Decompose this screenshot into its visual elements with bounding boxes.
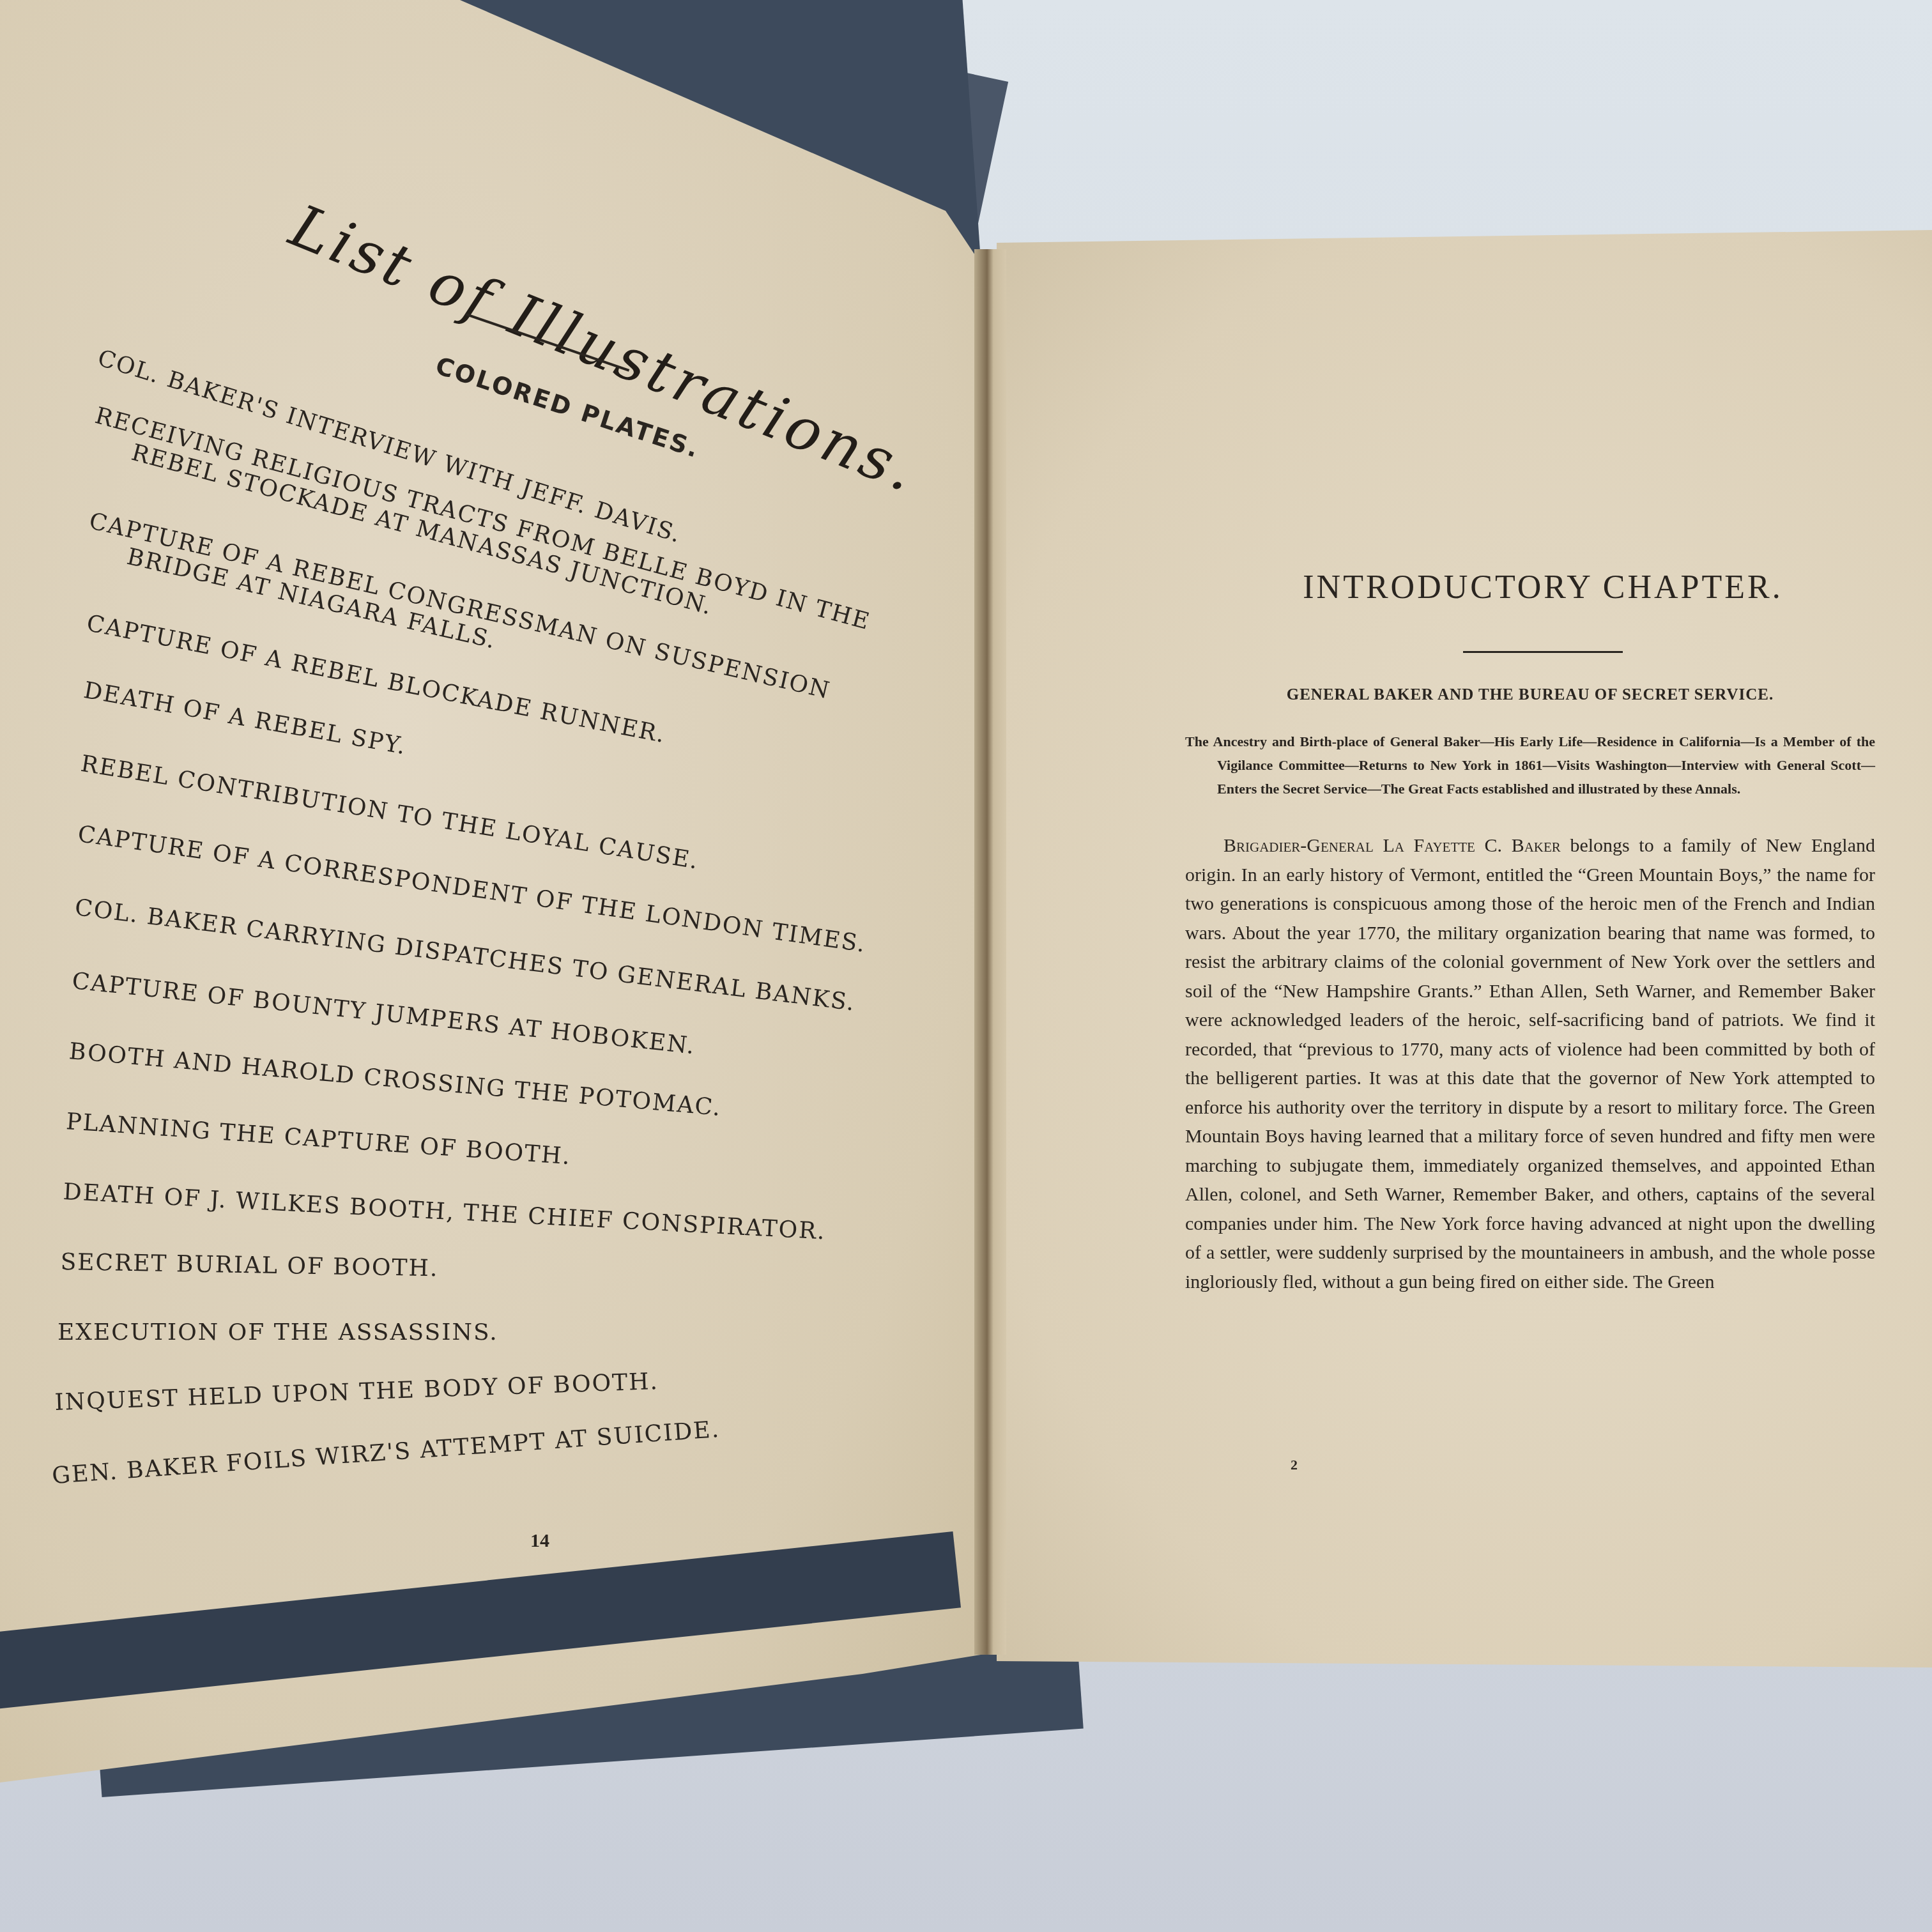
plate-item: DEATH OF J. WILKES BOOTH, THE CHIEF CONS… xyxy=(63,1179,827,1245)
plate-item: EXECUTION OF THE ASSASSINS. xyxy=(57,1319,498,1345)
chapter-synopsis: The Ancestry and Birth-place of General … xyxy=(1185,730,1875,801)
book-gutter-spine xyxy=(974,249,1006,1655)
plate-item: CAPTURE OF A CORRESPONDENT OF THE LONDON… xyxy=(76,821,868,958)
chapter-title: INTRODUCTORY CHAPTER. xyxy=(1211,569,1875,606)
chapter-body: Brigadier-General La Fayette C. Baker be… xyxy=(1185,831,1875,1296)
page-number-left: 14 xyxy=(530,1530,549,1552)
chapter-subtitle: GENERAL BAKER AND THE BUREAU OF SECRET S… xyxy=(1185,686,1875,704)
body-lead-in: Brigadier-General La Fayette C. Baker xyxy=(1223,835,1561,856)
body-paragraph: belongs to a family of New England origi… xyxy=(1185,835,1875,1292)
chapter-divider xyxy=(1463,651,1623,653)
page-title: List of Illustrations. xyxy=(281,192,928,506)
plate-item: GEN. BAKER FOILS WIRZ'S ATTEMPT AT SUICI… xyxy=(51,1416,721,1489)
list-of-illustrations: List of Illustrations. COLORED PLATES. C… xyxy=(128,153,958,1559)
plate-item: DEATH OF A REBEL SPY. xyxy=(82,677,409,760)
signature-mark: 2 xyxy=(1291,1457,1298,1473)
plate-item: PLANNING THE CAPTURE OF BOOTH. xyxy=(65,1108,572,1170)
introductory-chapter: INTRODUCTORY CHAPTER. GENERAL BAKER AND … xyxy=(1185,562,1875,1296)
plate-item: INQUEST HELD UPON THE BODY OF BOOTH. xyxy=(54,1368,659,1416)
